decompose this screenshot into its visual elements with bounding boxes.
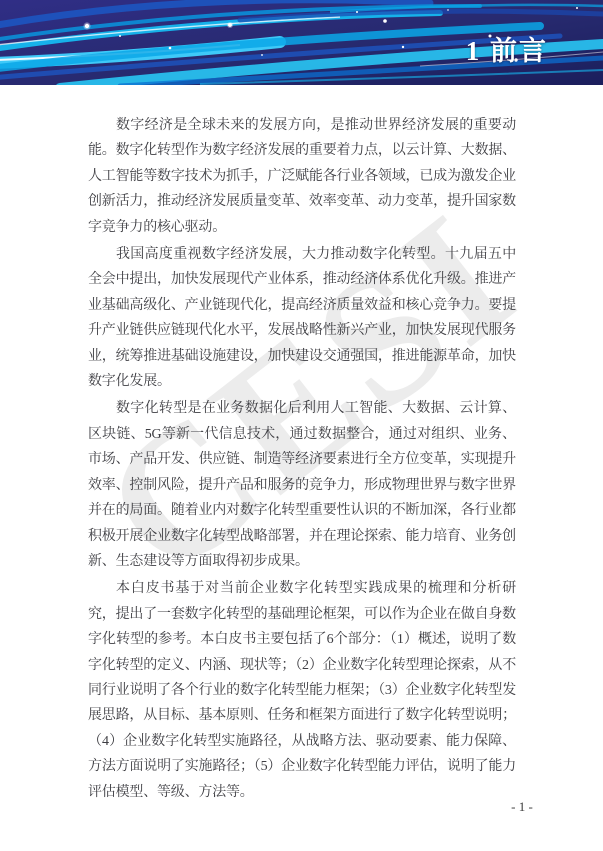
document-page: 1 前言 CESI 数字经济是全球未来的发展方向，是推动世界经济发展的重要动能。… [0,0,603,851]
section-title: 1 前言 [466,29,548,68]
paragraph-4: 本白皮书基于对当前企业数字化转型实践成果的梳理和分析研究，提出了一套数字化转型的… [88,576,516,805]
page-number: - 1 - [492,799,552,815]
paragraph-1: 数字经济是全球未来的发展方向，是推动世界经济发展的重要动能。数字化转型作为数字经… [88,113,516,240]
paragraph-2: 我国高度重视数字经济发展，大力推动数字化转型。十九届五中全会中提出，加快发展现代… [88,242,516,394]
header-banner: 1 前言 [0,0,603,85]
body-text: 数字经济是全球未来的发展方向，是推动世界经济发展的重要动能。数字化转型作为数字经… [88,113,516,805]
paragraph-3: 数字化转型是在业务数据化后利用人工智能、大数据、云计算、区块链、5G等新一代信息… [88,396,516,574]
